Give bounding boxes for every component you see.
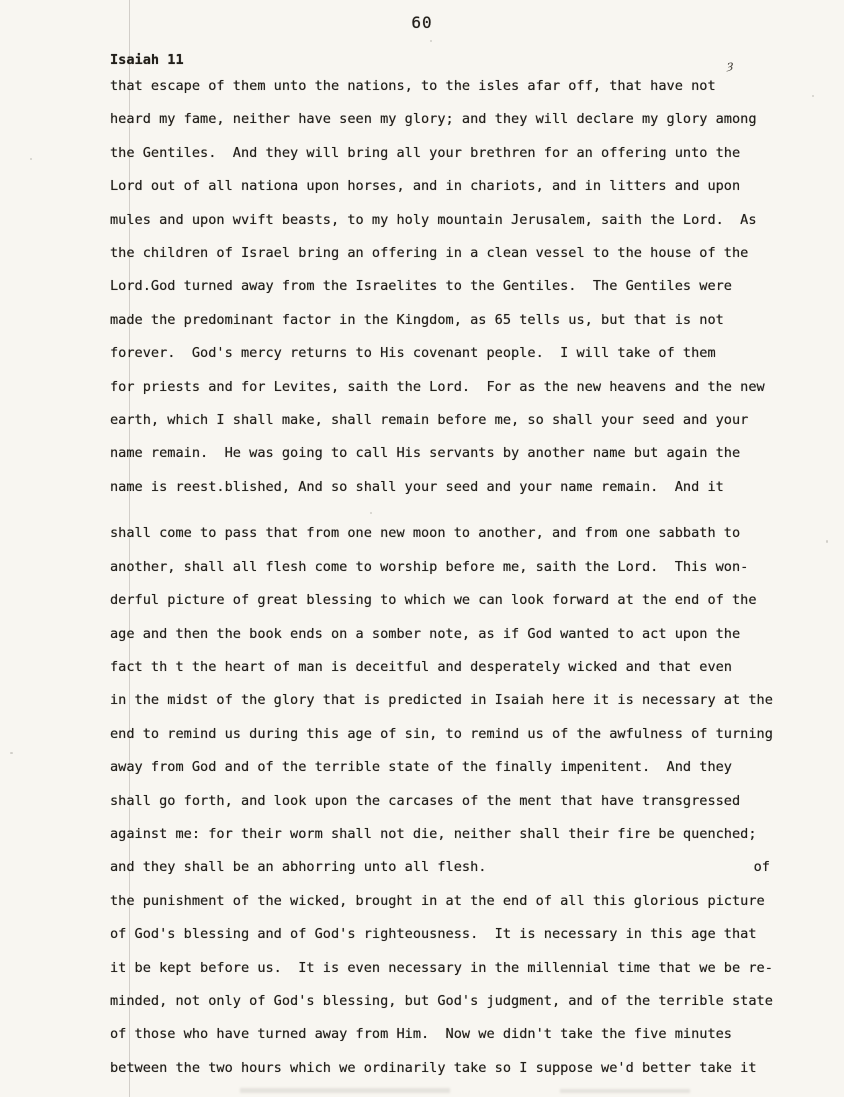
text-line: fact th t the heart of man is deceitful … [110, 651, 770, 684]
page-number: 60 [0, 13, 844, 32]
text-line: Lord.God turned away from the Israelites… [110, 270, 770, 303]
paper-speckle [812, 95, 814, 97]
paragraph-3: the punishment of the wicked, brought in… [110, 885, 770, 1085]
paragraph-2: shall come to pass that from one new moo… [110, 517, 770, 851]
body-text: that escape of them unto the nations, to… [110, 70, 770, 1085]
split-line-right: of [754, 851, 770, 884]
text-line: made the predominant factor in the Kingd… [110, 304, 770, 337]
text-line: of God's blessing and of God's righteous… [110, 918, 770, 951]
text-line: forever. God's mercy returns to His cove… [110, 337, 770, 370]
text-line: shall come to pass that from one new moo… [110, 517, 770, 550]
text-line: heard my fame, neither have seen my glor… [110, 103, 770, 136]
text-line: it be kept before us. It is even necessa… [110, 952, 770, 985]
text-line: derful picture of great blessing to whic… [110, 584, 770, 617]
text-line: name is reest.blished, And so shall your… [110, 471, 770, 504]
bottom-smudge [240, 1088, 450, 1093]
text-line: earth, which I shall make, shall remain … [110, 404, 770, 437]
section-heading: Isaiah 11 [110, 52, 184, 68]
paper-speckle [826, 540, 828, 543]
text-line: the children of Israel bring an offering… [110, 237, 770, 270]
text-line: shall go forth, and look upon the carcas… [110, 785, 770, 818]
paper-speckle [30, 158, 32, 160]
paper-speckle [370, 512, 372, 514]
bottom-smudge [560, 1089, 690, 1093]
paragraph-1: that escape of them unto the nations, to… [110, 70, 770, 504]
text-line: against me: for their worm shall not die… [110, 818, 770, 851]
text-line: away from God and of the terrible state … [110, 751, 770, 784]
text-line: between the two hours which we ordinaril… [110, 1052, 770, 1085]
text-line: another, shall all flesh come to worship… [110, 551, 770, 584]
text-line: end to remind us during this age of sin,… [110, 718, 770, 751]
text-line-split: and they shall be an abhorring unto all … [110, 851, 770, 884]
text-line: in the midst of the glory that is predic… [110, 684, 770, 717]
text-line: of those who have turned away from Him. … [110, 1018, 770, 1051]
text-line: age and then the book ends on a somber n… [110, 618, 770, 651]
text-line: the punishment of the wicked, brought in… [110, 885, 770, 918]
text-line: minded, not only of God's blessing, but … [110, 985, 770, 1018]
text-line: that escape of them unto the nations, to… [110, 70, 770, 103]
text-line: mules and upon wvift beasts, to my holy … [110, 204, 770, 237]
document-page: 60 Isaiah 11 ȝ that escape of them unto … [0, 0, 844, 1097]
text-line: for priests and for Levites, saith the L… [110, 371, 770, 404]
text-line: Lord out of all nationa upon horses, and… [110, 170, 770, 203]
paper-speckle [10, 752, 13, 754]
text-line: the Gentiles. And they will bring all yo… [110, 137, 770, 170]
text-line: name remain. He was going to call His se… [110, 437, 770, 470]
paper-speckle [430, 40, 432, 42]
split-line-left: and they shall be an abhorring unto all … [110, 851, 486, 884]
